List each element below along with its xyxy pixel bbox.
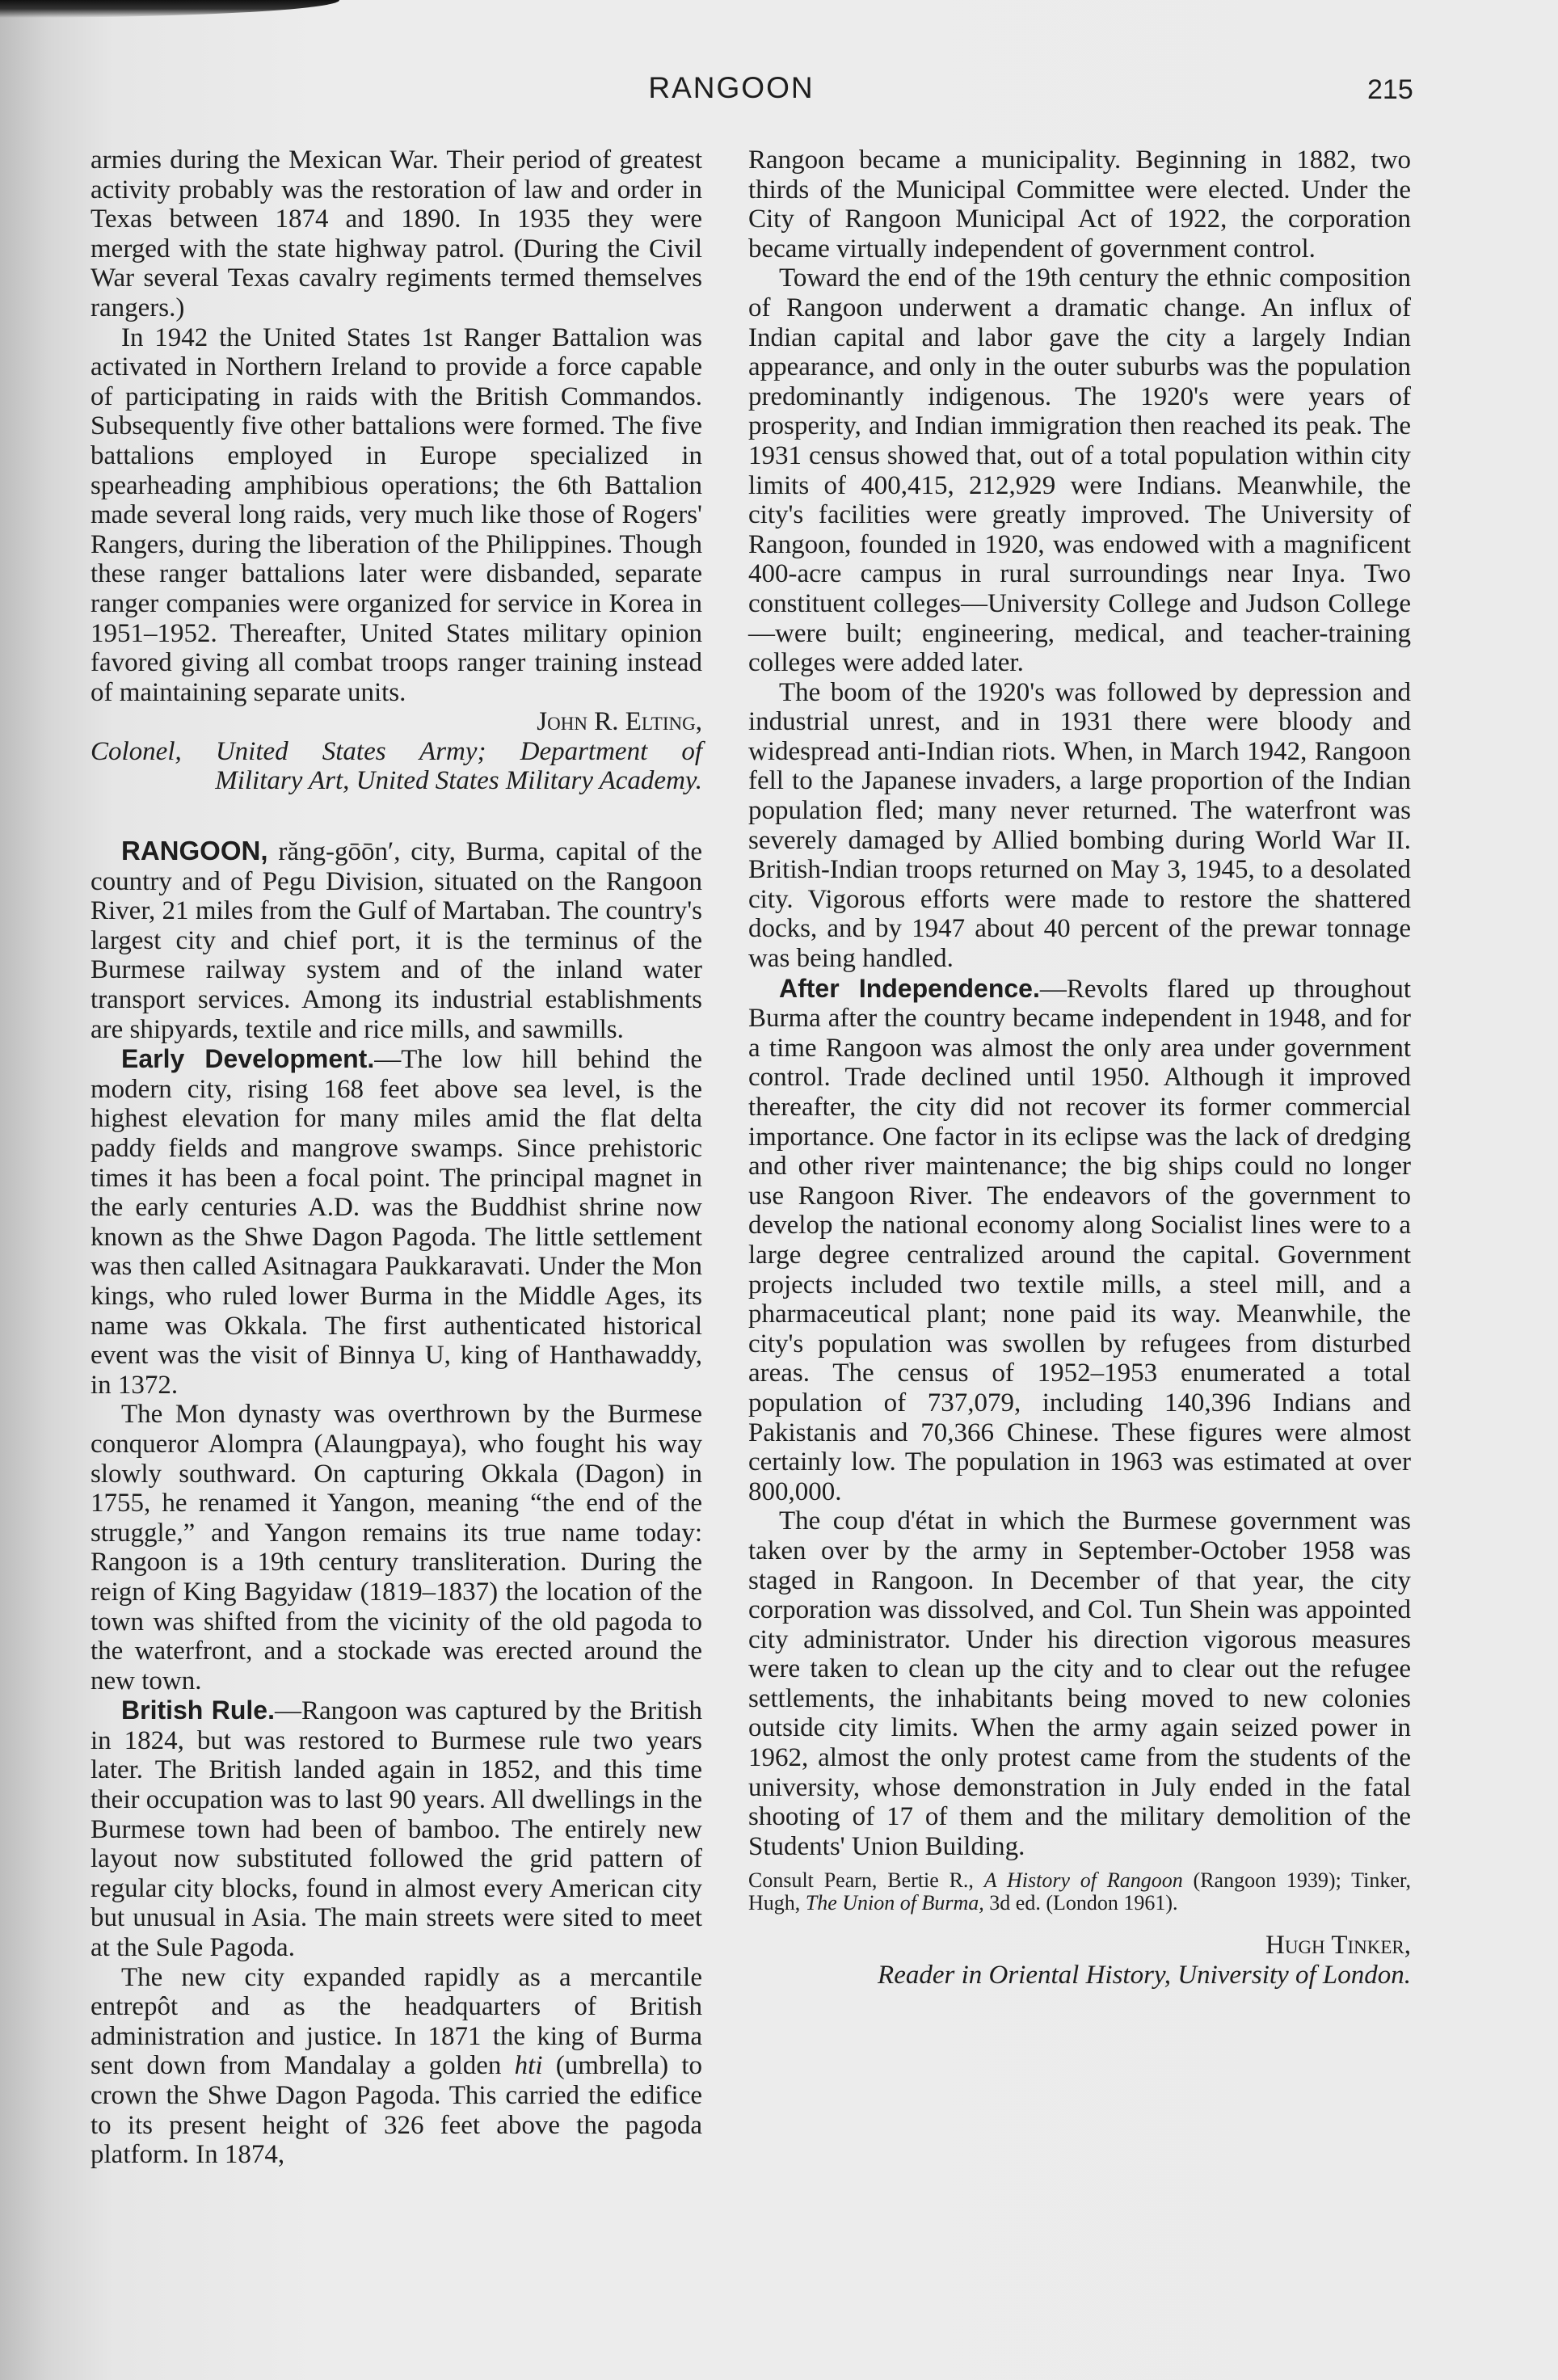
section-british-rule: British Rule.—Rangoon was captured by th… xyxy=(91,1695,702,1962)
book-page: RANGOON 215 armies during the Mexican Wa… xyxy=(0,0,1558,2380)
paragraph-ethnic-composition: Toward the end of the 19th century the e… xyxy=(748,263,1411,677)
section-text: —The low hill behind the modern city, ri… xyxy=(91,1045,702,1400)
section-early-development: Early Development.—The low hill behind t… xyxy=(91,1044,702,1400)
entry-pronunciation: răng-gōōn′ xyxy=(278,837,394,866)
section-heading-british-rule: British Rule. xyxy=(121,1695,275,1725)
left-column: armies during the Mexican War. Their per… xyxy=(91,145,702,2170)
entry-rangoon-intro: RANGOON, răng-gōōn′, city, Burma, capita… xyxy=(91,836,702,1044)
entry-title: RANGOON, xyxy=(121,836,268,866)
section-text: —Rangoon was captured by the British in … xyxy=(91,1696,702,1962)
section-text: —Revolts flared up throughout Burma afte… xyxy=(748,975,1411,1506)
section-heading-early-development: Early Development. xyxy=(121,1044,374,1073)
page-edge-shadow xyxy=(0,0,339,18)
author-affiliation-tinker: Reader in Oriental History, University o… xyxy=(748,1961,1411,1990)
italic-term-hti: hti xyxy=(515,2051,543,2080)
bibliography: Consult Pearn, Bertie R., A History of R… xyxy=(748,1869,1411,1915)
paragraph-rangers-continued: armies during the Mexican War. Their per… xyxy=(91,145,702,323)
paragraph-mon-dynasty: The Mon dynasty was overthrown by the Bu… xyxy=(91,1400,702,1695)
author-affiliation-line2: Military Art, United States Military Aca… xyxy=(91,766,702,796)
book-title-union-of-burma: The Union of Burma, xyxy=(806,1891,984,1915)
book-title-history-of-rangoon: A History of Rangoon xyxy=(984,1868,1183,1892)
section-heading-after-independence: After Independence. xyxy=(779,974,1040,1003)
paragraph-new-city: The new city expanded rapidly as a merca… xyxy=(91,1963,702,2170)
paragraph-depression-war: The boom of the 1920's was followed by d… xyxy=(748,678,1411,974)
paragraph-ranger-battalions: In 1942 the United States 1st Ranger Bat… xyxy=(91,323,702,708)
page-number: 215 xyxy=(1367,74,1413,106)
paragraph-coup: The coup d'état in which the Burmese gov… xyxy=(748,1506,1411,1861)
entry-separator xyxy=(91,796,702,836)
author-affiliation-line1: Colonel, United States Army; Department … xyxy=(91,737,702,767)
entry-intro-text: , city, Burma, capital of the country an… xyxy=(91,837,702,1044)
paragraph-municipality: Rangoon became a municipality. Beginning… xyxy=(748,145,1411,263)
page-header: RANGOON 215 xyxy=(0,65,1558,113)
author-signature-elting: John R. Elting, xyxy=(91,707,702,737)
section-after-independence: After Independence.—Revolts flared up th… xyxy=(748,974,1411,1507)
running-head: RANGOON xyxy=(0,71,1463,105)
right-column: Rangoon became a municipality. Beginning… xyxy=(748,145,1411,1990)
author-signature-tinker: Hugh Tinker, xyxy=(748,1931,1411,1961)
